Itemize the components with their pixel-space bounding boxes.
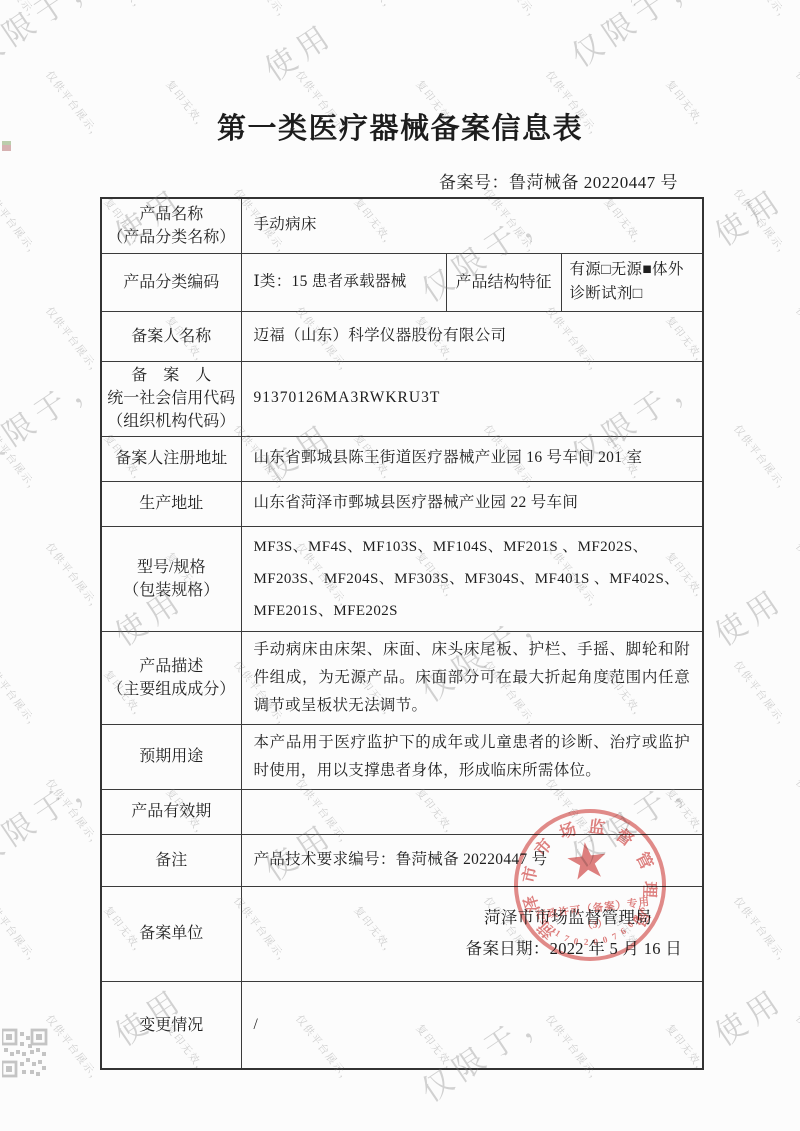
watermark-text: 仅供平台展示， <box>792 1012 800 1087</box>
label-filing-authority: 备案单位 <box>101 886 241 981</box>
label-intended-use: 预期用途 <box>101 725 241 790</box>
watermark-text: 仅供平台展示， <box>0 186 44 261</box>
watermark-text: 仅供平台展示， <box>0 658 44 733</box>
row-production-address: 生产地址 山东省菏泽市鄄城县医疗器械产业园 22 号车间 <box>101 481 703 526</box>
value-filing-authority: 菏泽市市场监督管理局 备案日期：2022 年 5 月 16 日 <box>241 886 703 981</box>
value-shelf-life <box>241 789 703 834</box>
row-product-name: 产品名称 （产品分类名称） 手动病床 <box>101 198 703 253</box>
value-structure-feature: 有源□无源■体外诊断试剂□ <box>561 253 703 312</box>
watermark-text: 使用 <box>704 575 792 655</box>
value-product-name: 手动病床 <box>241 198 703 253</box>
label-classification-code: 产品分类编码 <box>101 253 241 312</box>
row-registrant-name: 备案人名称 迈福（山东）科学仪器股份有限公司 <box>101 312 703 362</box>
value-intended-use: 本产品用于医疗监护下的成年或儿童患者的诊断、治疗或监护时使用，用以支撑患者身体，… <box>241 725 703 790</box>
watermark-text: 仅供平台展示， <box>0 894 44 969</box>
watermark-text: 复印无效， <box>101 0 150 16</box>
watermark-text: 仅供平台展示， <box>480 0 544 25</box>
value-classification-code: Ⅰ类：15 患者承载器械 <box>241 253 446 312</box>
watermark-text: 仅供平台展示， <box>792 304 800 379</box>
row-change-status: 变更情况 / <box>101 981 703 1069</box>
watermark-text: 复印无效， <box>351 0 400 16</box>
watermark-text: 仅供平台展示， <box>730 894 794 969</box>
label-credit-code: 备 案 人 统一社会信用代码 （组织机构代码） <box>101 362 241 437</box>
page-title: 第一类医疗器械备案信息表 <box>0 106 800 147</box>
row-product-description: 产品描述 （主要组成成分） 手动病床由床架、床面、床头床尾板、护栏、手摇、脚轮和… <box>101 632 703 725</box>
watermark-text: 仅供平台展示， <box>730 658 794 733</box>
label-product-description: 产品描述 （主要组成成分） <box>101 632 241 725</box>
row-credit-code: 备 案 人 统一社会信用代码 （组织机构代码） 91370126MA3RWKRU… <box>101 362 703 437</box>
value-product-description: 手动病床由床架、床面、床头床尾板、护栏、手摇、脚轮和附件组成，为无源产品。床面部… <box>241 632 703 725</box>
watermark-text: 复印无效， <box>601 0 650 16</box>
value-registered-address: 山东省鄄城县陈王街道医疗器械产业园 16 号车间 201 室 <box>241 436 703 481</box>
watermark-text: 仅供平台展示， <box>730 422 794 497</box>
watermark-text: 仅供平台展示， <box>792 776 800 851</box>
label-product-name: 产品名称 （产品分类名称） <box>101 198 241 253</box>
watermark-text: 使用 <box>704 175 792 255</box>
label-registered-address: 备案人注册地址 <box>101 436 241 481</box>
row-remarks: 备注 产品技术要求编号：鲁菏械备 20220447 号 <box>101 834 703 886</box>
watermark-text: 仅供平台展示， <box>792 540 800 615</box>
value-credit-code: 91370126MA3RWKRU3T <box>241 362 703 437</box>
filing-authority-name: 菏泽市市场监督管理局 <box>254 903 653 934</box>
label-remarks: 备注 <box>101 834 241 886</box>
watermark-text: 仅限于， <box>560 0 711 76</box>
value-model-spec: MF3S、MF4S、MF103S、MF104S、MF201S 、MF202S、M… <box>241 526 703 632</box>
filing-info-table: 产品名称 （产品分类名称） 手动病床 产品分类编码 Ⅰ类：15 患者承载器械 产… <box>100 197 704 1070</box>
label-shelf-life: 产品有效期 <box>101 789 241 834</box>
watermark-text: 仅供平台展示， <box>730 0 794 25</box>
label-change-status: 变更情况 <box>101 981 241 1069</box>
watermark-text: 仅供平台展示， <box>730 186 794 261</box>
filing-date: 备案日期：2022 年 5 月 16 日 <box>254 934 683 965</box>
watermark-text: 仅供平台展示， <box>42 304 106 379</box>
print-artifact <box>2 141 11 151</box>
label-structure-feature: 产品结构特征 <box>446 253 561 312</box>
watermark-text: 仅供平台展示， <box>42 1012 106 1087</box>
watermark-text: 使用 <box>704 975 792 1055</box>
watermark-text: 仅限于， <box>0 753 112 875</box>
qr-code <box>2 1028 48 1078</box>
value-production-address: 山东省菏泽市鄄城县医疗器械产业园 22 号车间 <box>241 481 703 526</box>
record-number: 备案号：鲁菏械备 20220447 号 <box>439 168 678 193</box>
watermark-text: 仅限于， <box>0 353 112 475</box>
row-classification-code: 产品分类编码 Ⅰ类：15 患者承载器械 产品结构特征 有源□无源■体外诊断试剂□ <box>101 253 703 312</box>
value-registrant-name: 迈福（山东）科学仪器股份有限公司 <box>241 312 703 362</box>
label-model-spec: 型号/规格 （包装规格） <box>101 526 241 632</box>
value-remarks: 产品技术要求编号：鲁菏械备 20220447 号 <box>241 834 703 886</box>
label-registrant-name: 备案人名称 <box>101 312 241 362</box>
row-filing-authority: 备案单位 菏泽市市场监督管理局 备案日期：2022 年 5 月 16 日 <box>101 886 703 981</box>
watermark-text: 仅限于， <box>0 0 112 76</box>
watermark-text: 仅供平台展示， <box>0 422 44 497</box>
watermark-text: 仅供平台展示， <box>42 540 106 615</box>
label-production-address: 生产地址 <box>101 481 241 526</box>
value-change-status: / <box>241 981 703 1069</box>
row-shelf-life: 产品有效期 <box>101 789 703 834</box>
watermark-text: 仅供平台展示， <box>230 0 294 25</box>
document-page: 第一类医疗器械备案信息表 备案号：鲁菏械备 20220447 号 产品名称 （产… <box>0 0 800 1131</box>
watermark-text: 使用 <box>254 10 342 90</box>
row-registered-address: 备案人注册地址 山东省鄄城县陈王街道医疗器械产业园 16 号车间 201 室 <box>101 436 703 481</box>
watermark-text: 仅供平台展示， <box>42 776 106 851</box>
row-intended-use: 预期用途 本产品用于医疗监护下的成年或儿童患者的诊断、治疗或监护时使用，用以支撑… <box>101 725 703 790</box>
row-model-spec: 型号/规格 （包装规格） MF3S、MF4S、MF103S、MF104S、MF2… <box>101 526 703 632</box>
watermark-text: 仅供平台展示， <box>0 0 44 25</box>
